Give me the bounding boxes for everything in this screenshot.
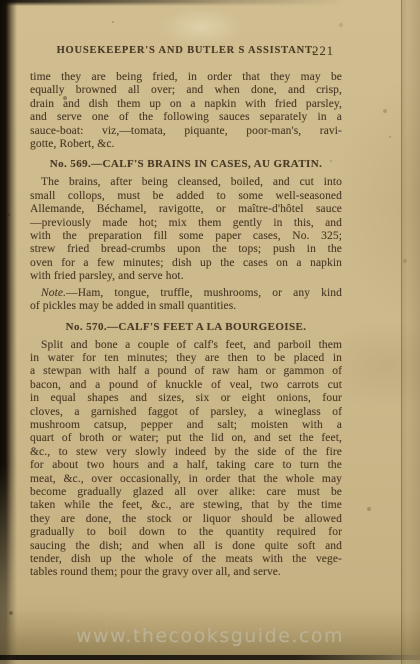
recipe-569-note: Note.—Ham, tongue, truffle, mushrooms, o… — [30, 287, 342, 314]
text-line: cloves, a garnished faggot of parsley, a… — [30, 406, 342, 419]
text-line: in equal shapes and sizes, six or eight … — [30, 392, 342, 405]
text-line: drain and dish them up on a napkin with … — [30, 98, 342, 111]
text-line: taken while the feet, &c., are stewing, … — [30, 499, 342, 512]
text-line: quart of broth or water; put the lid on,… — [30, 432, 342, 445]
text-line: mushroom catsup, pepper and salt; moiste… — [30, 419, 342, 432]
text-line: they are done, the stock or liquor shoul… — [30, 513, 342, 526]
text-line: equally browned all over; and when done,… — [30, 84, 342, 97]
running-header: HOUSEKEEPER'S AND BUTLER S ASSISTANT. 22… — [30, 45, 342, 58]
text-line: Note.—Ham, tongue, truffle, mushrooms, o… — [30, 287, 342, 300]
text-line: and serve one of the following sauces se… — [30, 111, 342, 124]
text-line: tables round them; pour the gravy over a… — [30, 566, 342, 579]
recipe-heading-570: No. 570.—CALF'S FEET A LA BOURGEOISE. — [30, 321, 342, 334]
text-line: tender, dish up the whole of the meats w… — [30, 553, 342, 566]
page-left-shadow — [0, 0, 17, 664]
paragraph-continuation: time they are being fried, in order that… — [30, 71, 342, 151]
text-line: bacon, and a pound of knuckle of veal, t… — [30, 379, 342, 392]
text-line: in water for ten minutes; they are then … — [30, 352, 342, 365]
text-line: Split and bone a couple of calf's feet, … — [30, 339, 342, 352]
text-line: for about two hours and a half, taking c… — [30, 459, 342, 472]
text-line: sauce-boat: viz,—tomata, piquante, poor-… — [30, 125, 342, 138]
recipe-heading-569: No. 569.—CALF'S BRAINS IN CASES, AU GRAT… — [30, 158, 342, 171]
text-blocks: time they are being fried, in order that… — [30, 71, 342, 580]
text-line: gradually to boil down to the quantity r… — [30, 526, 342, 539]
text-line: The brains, after being cleansed, boiled… — [30, 176, 342, 189]
running-title: HOUSEKEEPER'S AND BUTLER S ASSISTANT. — [30, 45, 342, 56]
text-line: meat, &c., over occasionally, in order t… — [30, 473, 342, 486]
note-lead-italic: Note. — [41, 287, 66, 299]
text-line: strew fried bread-crumbs upon the tops; … — [30, 243, 342, 256]
text-line: Allemande, Béchamel, ravigotte, or maîtr… — [30, 203, 342, 216]
text-line: of pickles may be added in small quantit… — [30, 300, 342, 313]
text-line: saucing the dish; and when all is done q… — [30, 540, 342, 553]
text-line: small collops, must be added to some wel… — [30, 190, 342, 203]
page-right-edge — [401, 0, 420, 664]
bottom-scan-band: www.thecooksguide.com — [0, 609, 420, 655]
page-number: 221 — [312, 44, 334, 59]
text-line: with fried parsley, and serve hot. — [30, 270, 342, 283]
text-line: time they are being fried, in order that… — [30, 71, 342, 84]
text-line: &c., to stew very slowly indeed by the s… — [30, 446, 342, 459]
text-line: oven for a few minutes; dish up the case… — [30, 257, 342, 270]
scan-edge-below — [0, 660, 420, 664]
text-line: —previously made hot; mix them gently in… — [30, 217, 342, 230]
text-line: become gradually glazed all over alike: … — [30, 486, 342, 499]
text-line: gotte, Robert, &c. — [30, 138, 342, 151]
page-content: HOUSEKEEPER'S AND BUTLER S ASSISTANT. 22… — [30, 45, 342, 583]
text-line: a stewpan with half a pound of raw ham o… — [30, 365, 342, 378]
watermark-url: www.thecooksguide.com — [0, 625, 420, 647]
page-top-shadow — [0, 0, 420, 6]
text-line: with the preparation fill some paper cas… — [30, 230, 342, 243]
recipe-570-body: Split and bone a couple of calf's feet, … — [30, 339, 342, 580]
book-page-scan: HOUSEKEEPER'S AND BUTLER S ASSISTANT. 22… — [0, 0, 420, 664]
recipe-569-body: The brains, after being cleansed, boiled… — [30, 176, 342, 283]
